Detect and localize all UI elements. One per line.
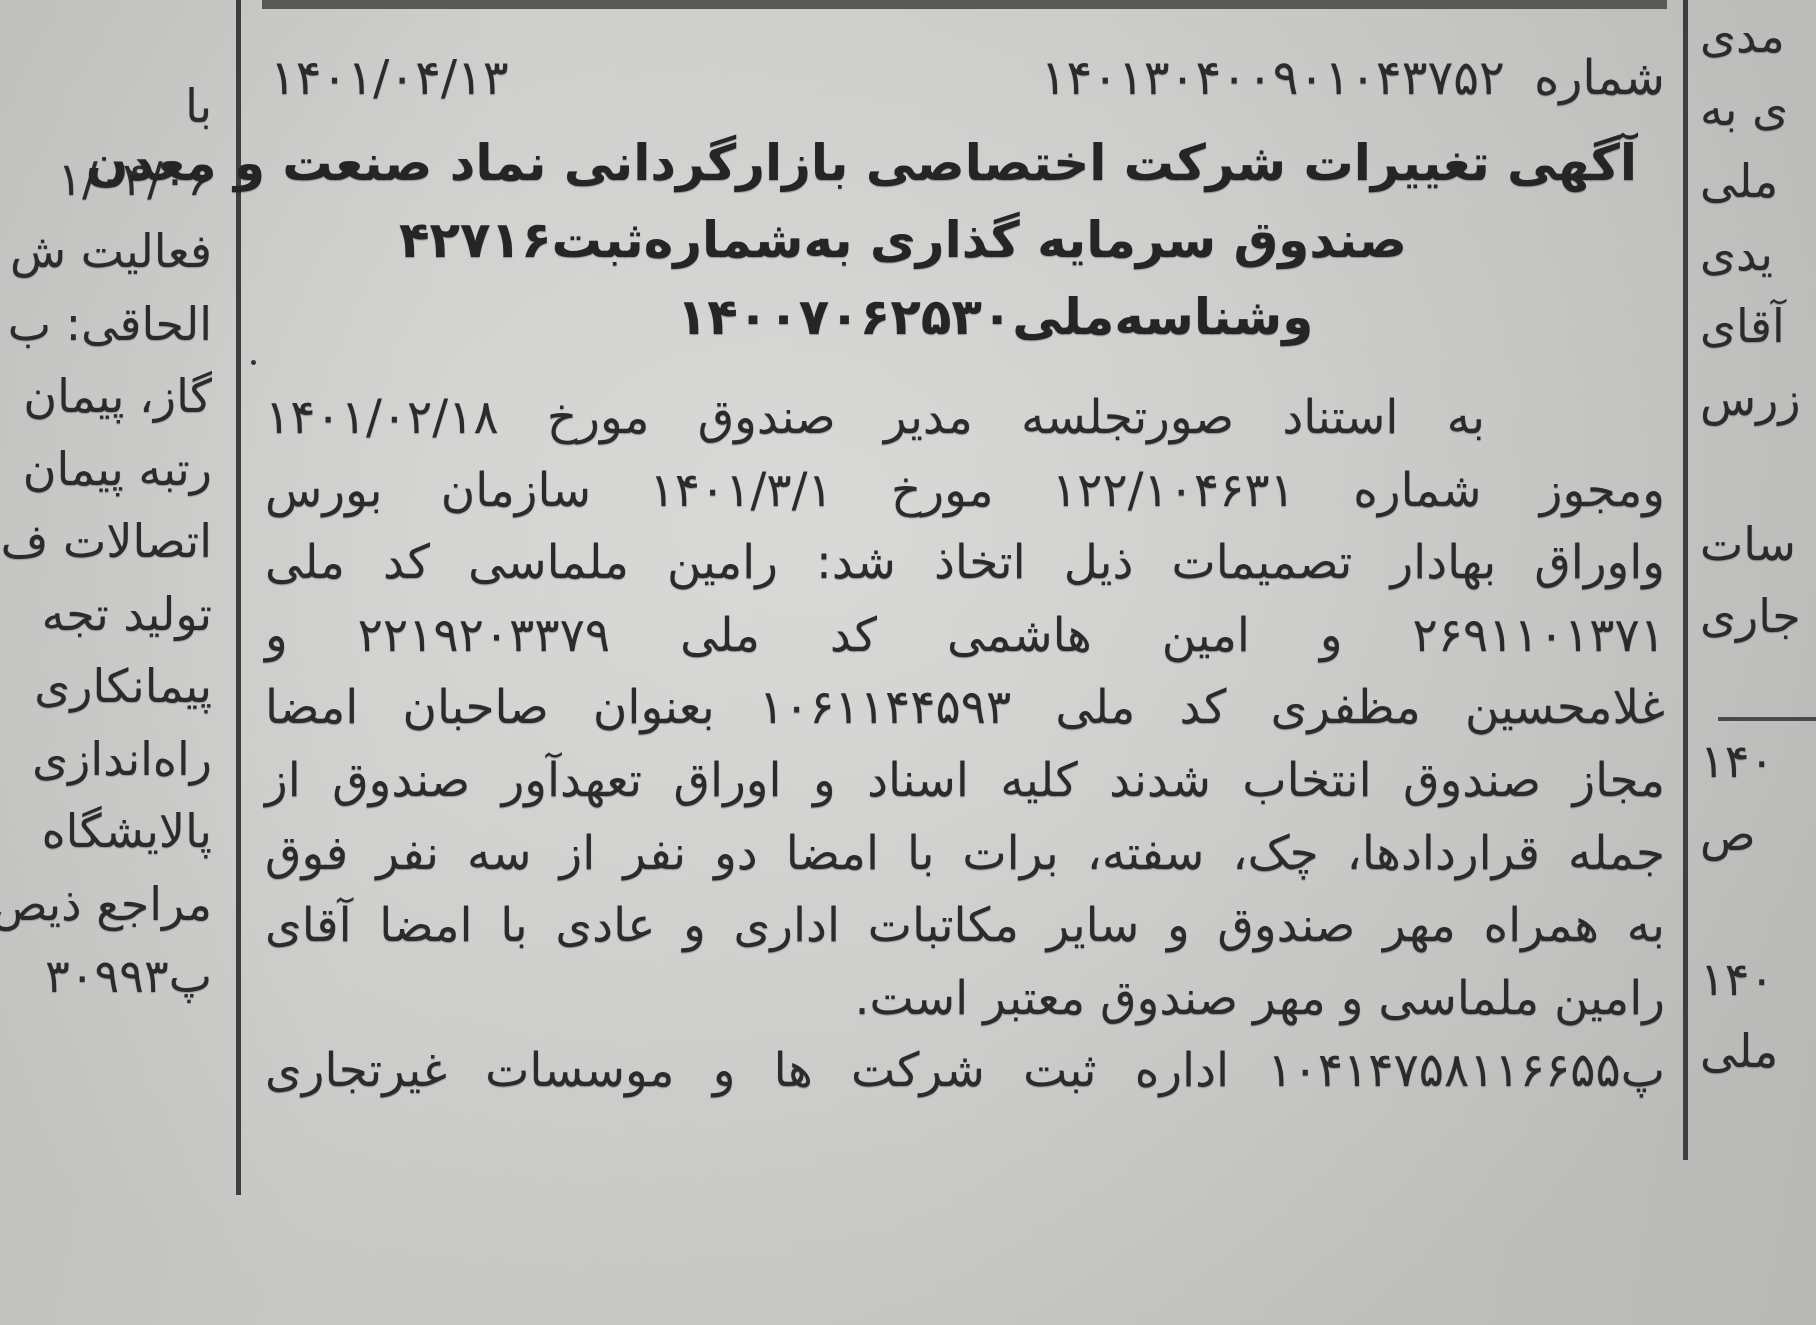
right-line: ص (1700, 798, 1816, 871)
right-line: ملی (1700, 1015, 1816, 1088)
right-column-rule (1718, 717, 1816, 721)
notice-body: به استناد صورتجلسه مدیر صندوق مورخ ۱۴۰۱/… (265, 382, 1665, 1108)
title-line: صندوق سرمایه گذاری به‌شماره‌ثبت۴۲۷۱۶ (265, 202, 1665, 279)
notice-number-value: ۱۴۰۱۳۰۴۰۰۹۰۱۰۴۳۷۵۲ (1041, 50, 1505, 106)
title-line: وشناسه‌ملی۱۴۰۰۷۰۶۲۵۳۰ (265, 279, 1665, 356)
left-line: راه‌اندازی (0, 723, 212, 796)
body-line: واوراق بهادار تصمیمات ذیل اتخاذ شد: رامی… (265, 527, 1665, 600)
notice-title: آگهی تغییرات شرکت اختصاصی بازارگردانی نم… (265, 125, 1665, 356)
body-line: ومجوز شماره ۱۲۲/۱۰۴۶۳۱ مورخ ۱۴۰۱/۳/۱ ساز… (265, 455, 1665, 528)
right-line: ۱۴۰ (1700, 943, 1816, 1016)
left-line: گاز، پیمان (0, 360, 212, 433)
left-line: پ۳۰۹۹۳ (0, 940, 212, 1013)
body-line: غلامحسین مظفری کد ملی ۱۰۶۱۱۴۴۵۹۳ بعنوان … (265, 672, 1665, 745)
right-line: ی به (1700, 73, 1816, 146)
body-line: مجاز صندوق انتخاب شدند کلیه اسناد و اورا… (265, 745, 1665, 818)
top-rule (262, 0, 1667, 9)
right-line (1700, 653, 1816, 726)
notice-number: شماره ۱۴۰۱۳۰۴۰۰۹۰۱۰۴۳۷۵۲ (1041, 50, 1665, 106)
right-column-divider (1683, 0, 1688, 1160)
right-line: آقای (1700, 290, 1816, 363)
right-line (1700, 870, 1816, 943)
notice-date: ۱۴۰۱/۰۴/۱۳ (270, 50, 509, 106)
left-line: فعالیت ش (0, 215, 212, 288)
right-line: یدی (1700, 218, 1816, 291)
right-line: سات (1700, 508, 1816, 581)
right-line: زرس (1700, 363, 1816, 436)
left-line: تولید تجه (0, 578, 212, 651)
left-line: مراجع ذیص (0, 868, 212, 941)
body-line: به استناد صورتجلسه مدیر صندوق مورخ ۱۴۰۱/… (265, 382, 1665, 455)
body-line: جمله قراردادها، چک، سفته، برات با امضا د… (265, 818, 1665, 891)
body-line: رامین ملماسی و مهر صندوق معتبر است. (265, 963, 1665, 1036)
right-column-fragment: مدی ی به ملی یدی آقای زرس سات جاری ۱۴۰ ص… (1700, 0, 1816, 1088)
right-line: ملی (1700, 145, 1816, 218)
ink-dot (251, 360, 256, 365)
left-line: پالایشگاه (0, 795, 212, 868)
right-line: جاری (1700, 580, 1816, 653)
notice-header: شماره ۱۴۰۱۳۰۴۰۰۹۰۱۰۴۳۷۵۲ ۱۴۰۱/۰۴/۱۳ (265, 50, 1665, 130)
right-line: ۱۴۰ (1700, 725, 1816, 798)
left-line: اتصالات ف (0, 505, 212, 578)
body-line: ۲۶۹۱۱۰۱۳۷۱ و امین هاشمی کد ملی ۲۲۱۹۲۰۳۳۷… (265, 600, 1665, 673)
right-line (1700, 435, 1816, 508)
title-line: آگهی تغییرات شرکت اختصاصی بازارگردانی نم… (265, 125, 1665, 202)
body-line: پ۱۰۴۱۴۷۵۸۱۱۶۶۵۵ اداره ثبت شرکت ها و موسس… (265, 1035, 1665, 1108)
left-line: پیمانکاری (0, 650, 212, 723)
body-line: به همراه مهر صندوق و سایر مکاتبات اداری … (265, 890, 1665, 963)
left-line: رتبه پیمان (0, 433, 212, 506)
right-line: مدی (1700, 0, 1816, 73)
left-line: الحاقی: ب (0, 288, 212, 361)
notice-number-label: شماره (1534, 50, 1665, 106)
